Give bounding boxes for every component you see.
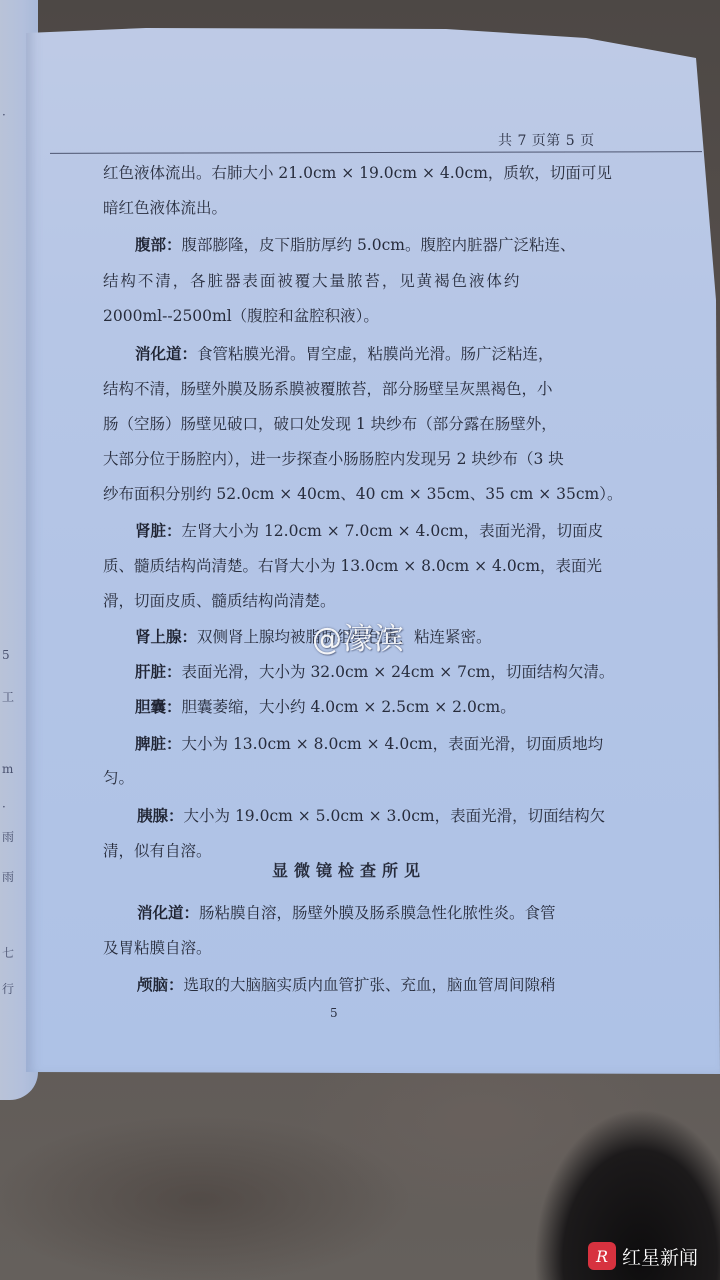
line-text: 红色液体流出。右肺大小 21.0cm × 19.0cm × 4.0cm，质软，切… [103,164,612,182]
brand-watermark: R 红星新闻 [588,1242,698,1270]
text-line: 及胃粘膜自溶。 [103,935,212,961]
line-text: 结构不清，肠壁外膜及肠系膜被覆脓苔，部分肠壁呈灰黑褐色，小 [103,380,553,398]
page-count-header: 共 7 页第 5 页 [498,130,595,150]
line-text: 纱布面积分别约 52.0cm × 40cm、40 cm × 35cm、35 cm… [103,485,622,503]
line-label: 腹部： [135,235,182,254]
left-page-fragment: 七 [2,944,14,961]
line-label: 胆囊： [135,697,182,716]
line-text: 腹部膨隆，皮下脂肪厚约 5.0cm。腹腔内脏器广泛粘连、 [182,236,576,254]
text-line-pancreas: 胰腺：大小为 19.0cm × 5.0cm × 3.0cm，表面光滑，切面结构欠 [137,803,605,829]
text-line-spleen: 脾脏：大小为 13.0cm × 8.0cm × 4.0cm，表面光滑，切面质地均 [135,731,603,757]
line-text: 暗红色液体流出。 [103,199,227,217]
left-page-fragment: 雨 [2,868,14,885]
watermark-text: @濠滨 [312,614,405,658]
text-line: 纱布面积分别约 52.0cm × 40cm、40 cm × 35cm、35 cm… [103,481,622,507]
left-page-fragment: 工 [2,688,14,705]
left-page-fragment: · [2,108,6,122]
text-line-kidney: 肾脏：左肾大小为 12.0cm × 7.0cm × 4.0cm，表面光滑，切面皮 [135,518,603,544]
line-text: 肠粘膜自溶，肠壁外膜及肠系膜急性化脓性炎。食管 [199,904,556,922]
line-text: 2000ml--2500ml（腹腔和盆腔积液）。 [103,307,379,325]
line-label: 消化道： [137,903,199,922]
line-label: 脾脏： [135,734,182,753]
line-label: 颅脑： [137,975,184,994]
left-page-fragment: m [2,762,13,776]
left-page-fragment: · [2,800,6,814]
line-text: 清，似有自溶。 [103,842,212,860]
line-text: 结 构 不 清 ， 各 脏 器 表 面 被 覆 大 量 脓 苔 ， 见 黄 褐 … [103,272,518,290]
line-text: 匀。 [103,769,134,787]
line-text: 食管粘膜光滑。胃空虚，粘膜尚光滑。肠广泛粘连， [197,345,554,363]
line-text: 及胃粘膜自溶。 [103,939,212,957]
line-text: 大小为 13.0cm × 8.0cm × 4.0cm，表面光滑，切面质地均 [182,735,604,753]
page-number: 5 [330,1006,338,1020]
line-label: 胰腺： [137,806,184,825]
text-line: 匀。 [103,765,134,791]
text-line-gallbladder: 胆囊：胆囊萎缩，大小约 4.0cm × 2.5cm × 2.0cm。 [135,694,516,720]
section-heading-microscopy: 显微镜检查所见 [272,858,426,881]
left-page-fragment: 5 [2,648,10,662]
line-text: 大部分位于肠腔内），进一步探查小肠肠腔内发现另 2 块纱布（3 块 [103,450,564,468]
text-line: 红色液体流出。右肺大小 21.0cm × 19.0cm × 4.0cm，质软，切… [103,160,612,186]
line-text: 选取的大脑脑实质内血管扩张、充血，脑血管周间隙稍 [184,976,556,994]
line-text: 胆囊萎缩，大小约 4.0cm × 2.5cm × 2.0cm。 [182,698,516,716]
text-line: 结构不清，肠壁外膜及肠系膜被覆脓苔，部分肠壁呈灰黑褐色，小 [103,376,553,402]
text-line-micro-digestive: 消化道：肠粘膜自溶，肠壁外膜及肠系膜急性化脓性炎。食管 [137,900,556,926]
text-line-abdomen: 腹部：腹部膨隆，皮下脂肪厚约 5.0cm。腹腔内脏器广泛粘连、 [135,232,575,258]
line-text: 质、髓质结构尚清楚。右肾大小为 13.0cm × 8.0cm × 4.0cm，表… [103,557,602,575]
line-label: 肾脏： [135,521,182,540]
text-line: 滑，切面皮质、髓质结构尚清楚。 [103,588,336,614]
text-line: 2000ml--2500ml（腹腔和盆腔积液）。 [103,303,379,329]
line-label: 肝脏： [135,662,182,681]
text-line: 暗红色液体流出。 [103,195,227,221]
text-line-digestive: 消化道：食管粘膜光滑。胃空虚，粘膜尚光滑。肠广泛粘连， [135,341,554,367]
left-page-fragment: 雨 [2,828,14,845]
brand-name: 红星新闻 [622,1243,698,1270]
line-text: 肠（空肠）肠壁见破口，破口处发现 1 块纱布（部分露在肠壁外， [103,415,557,433]
line-label: 消化道： [135,344,197,363]
text-line: 大部分位于肠腔内），进一步探查小肠肠腔内发现另 2 块纱布（3 块 [103,446,564,472]
text-line-brain: 颅脑：选取的大脑脑实质内血管扩张、充血，脑血管周间隙稍 [137,972,556,998]
left-page-fragment: 行 [2,980,14,997]
line-text: 大小为 19.0cm × 5.0cm × 3.0cm，表面光滑，切面结构欠 [184,807,606,825]
line-text: 滑，切面皮质、髓质结构尚清楚。 [103,592,336,610]
text-line: 肠（空肠）肠壁见破口，破口处发现 1 块纱布（部分露在肠壁外， [103,411,557,437]
text-line: 清，似有自溶。 [103,838,212,864]
text-line: 结 构 不 清 ， 各 脏 器 表 面 被 覆 大 量 脓 苔 ， 见 黄 褐 … [103,268,518,294]
line-text: 表面光滑，大小为 32.0cm × 24cm × 7cm，切面结构欠清。 [182,663,615,681]
text-line-liver: 肝脏：表面光滑，大小为 32.0cm × 24cm × 7cm，切面结构欠清。 [135,659,614,685]
brand-logo-icon: R [588,1242,616,1270]
line-text: 左肾大小为 12.0cm × 7.0cm × 4.0cm，表面光滑，切面皮 [182,522,604,540]
line-label: 肾上腺： [135,627,197,646]
text-line: 质、髓质结构尚清楚。右肾大小为 13.0cm × 8.0cm × 4.0cm，表… [103,553,602,579]
